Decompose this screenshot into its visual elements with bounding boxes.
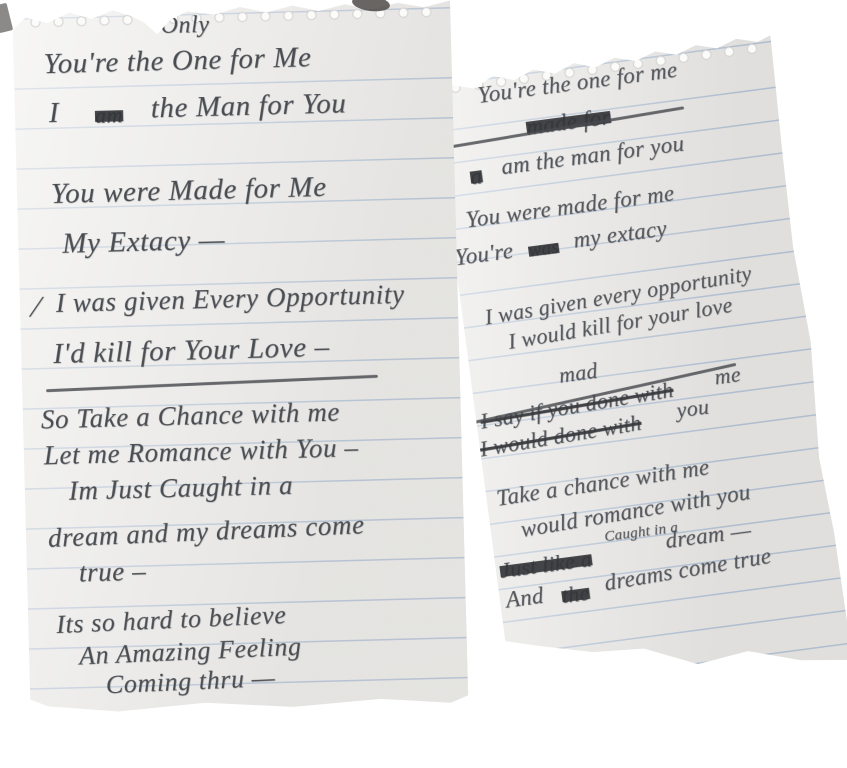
inserted-word: mad: [557, 359, 598, 387]
lyric-line: dreams come true: [603, 544, 773, 596]
lyric-line: Coming thru —: [105, 664, 276, 699]
inserted-word: Only: [160, 13, 210, 39]
lyric-line: You're the One for Me: [43, 42, 312, 79]
crossed-out-line: Just like a: [498, 547, 593, 582]
lyric-line: I'd kill for Your Love –: [53, 332, 330, 370]
lyric-line: You're the one for me: [476, 58, 679, 108]
lyrics-page-right: You're the one for memade foraam the man…: [430, 25, 847, 704]
photo-edge-artifact: [0, 3, 13, 34]
scratched-word: a: [469, 164, 484, 189]
lyric-line: You were Made for Me: [51, 172, 327, 210]
lyric-line: I: [48, 98, 59, 129]
lyric-line: My Extacy —: [62, 225, 226, 260]
scratched-word: the: [560, 581, 591, 608]
scratched-word: am: [95, 103, 124, 127]
lyric-line: dream and my dreams come: [47, 510, 365, 552]
lyric-line: you: [675, 395, 710, 422]
lyric-line: And: [504, 584, 545, 613]
lyric-line: Its so hard to believe: [56, 601, 287, 638]
lyric-line: my extacy: [572, 217, 668, 253]
handwriting-layer: OnlyYou're the One for MeIamthe Man for …: [12, 0, 468, 714]
lyrics-page-left: OnlyYou're the One for MeIamthe Man for …: [12, 0, 468, 714]
pencil-divider-line: [46, 375, 378, 392]
scratched-word: was: [527, 238, 560, 262]
lyric-line: You're: [453, 239, 514, 271]
stray-pencil-mark: ⁄: [34, 291, 40, 323]
lyric-line: I was given Every Opportunity: [55, 280, 404, 317]
lyric-line: So Take a Chance with me: [41, 398, 341, 434]
lyric-line: Let me Romance with You –: [43, 433, 358, 470]
handwriting-layer: You're the one for memade foraam the man…: [430, 25, 847, 704]
lyric-line: Im Just Caught in a: [68, 471, 293, 505]
photo-canvas: OnlyYou're the One for MeIamthe Man for …: [0, 0, 847, 768]
lyric-line: true –: [79, 557, 147, 587]
lyric-line: the Man for You: [150, 88, 346, 124]
